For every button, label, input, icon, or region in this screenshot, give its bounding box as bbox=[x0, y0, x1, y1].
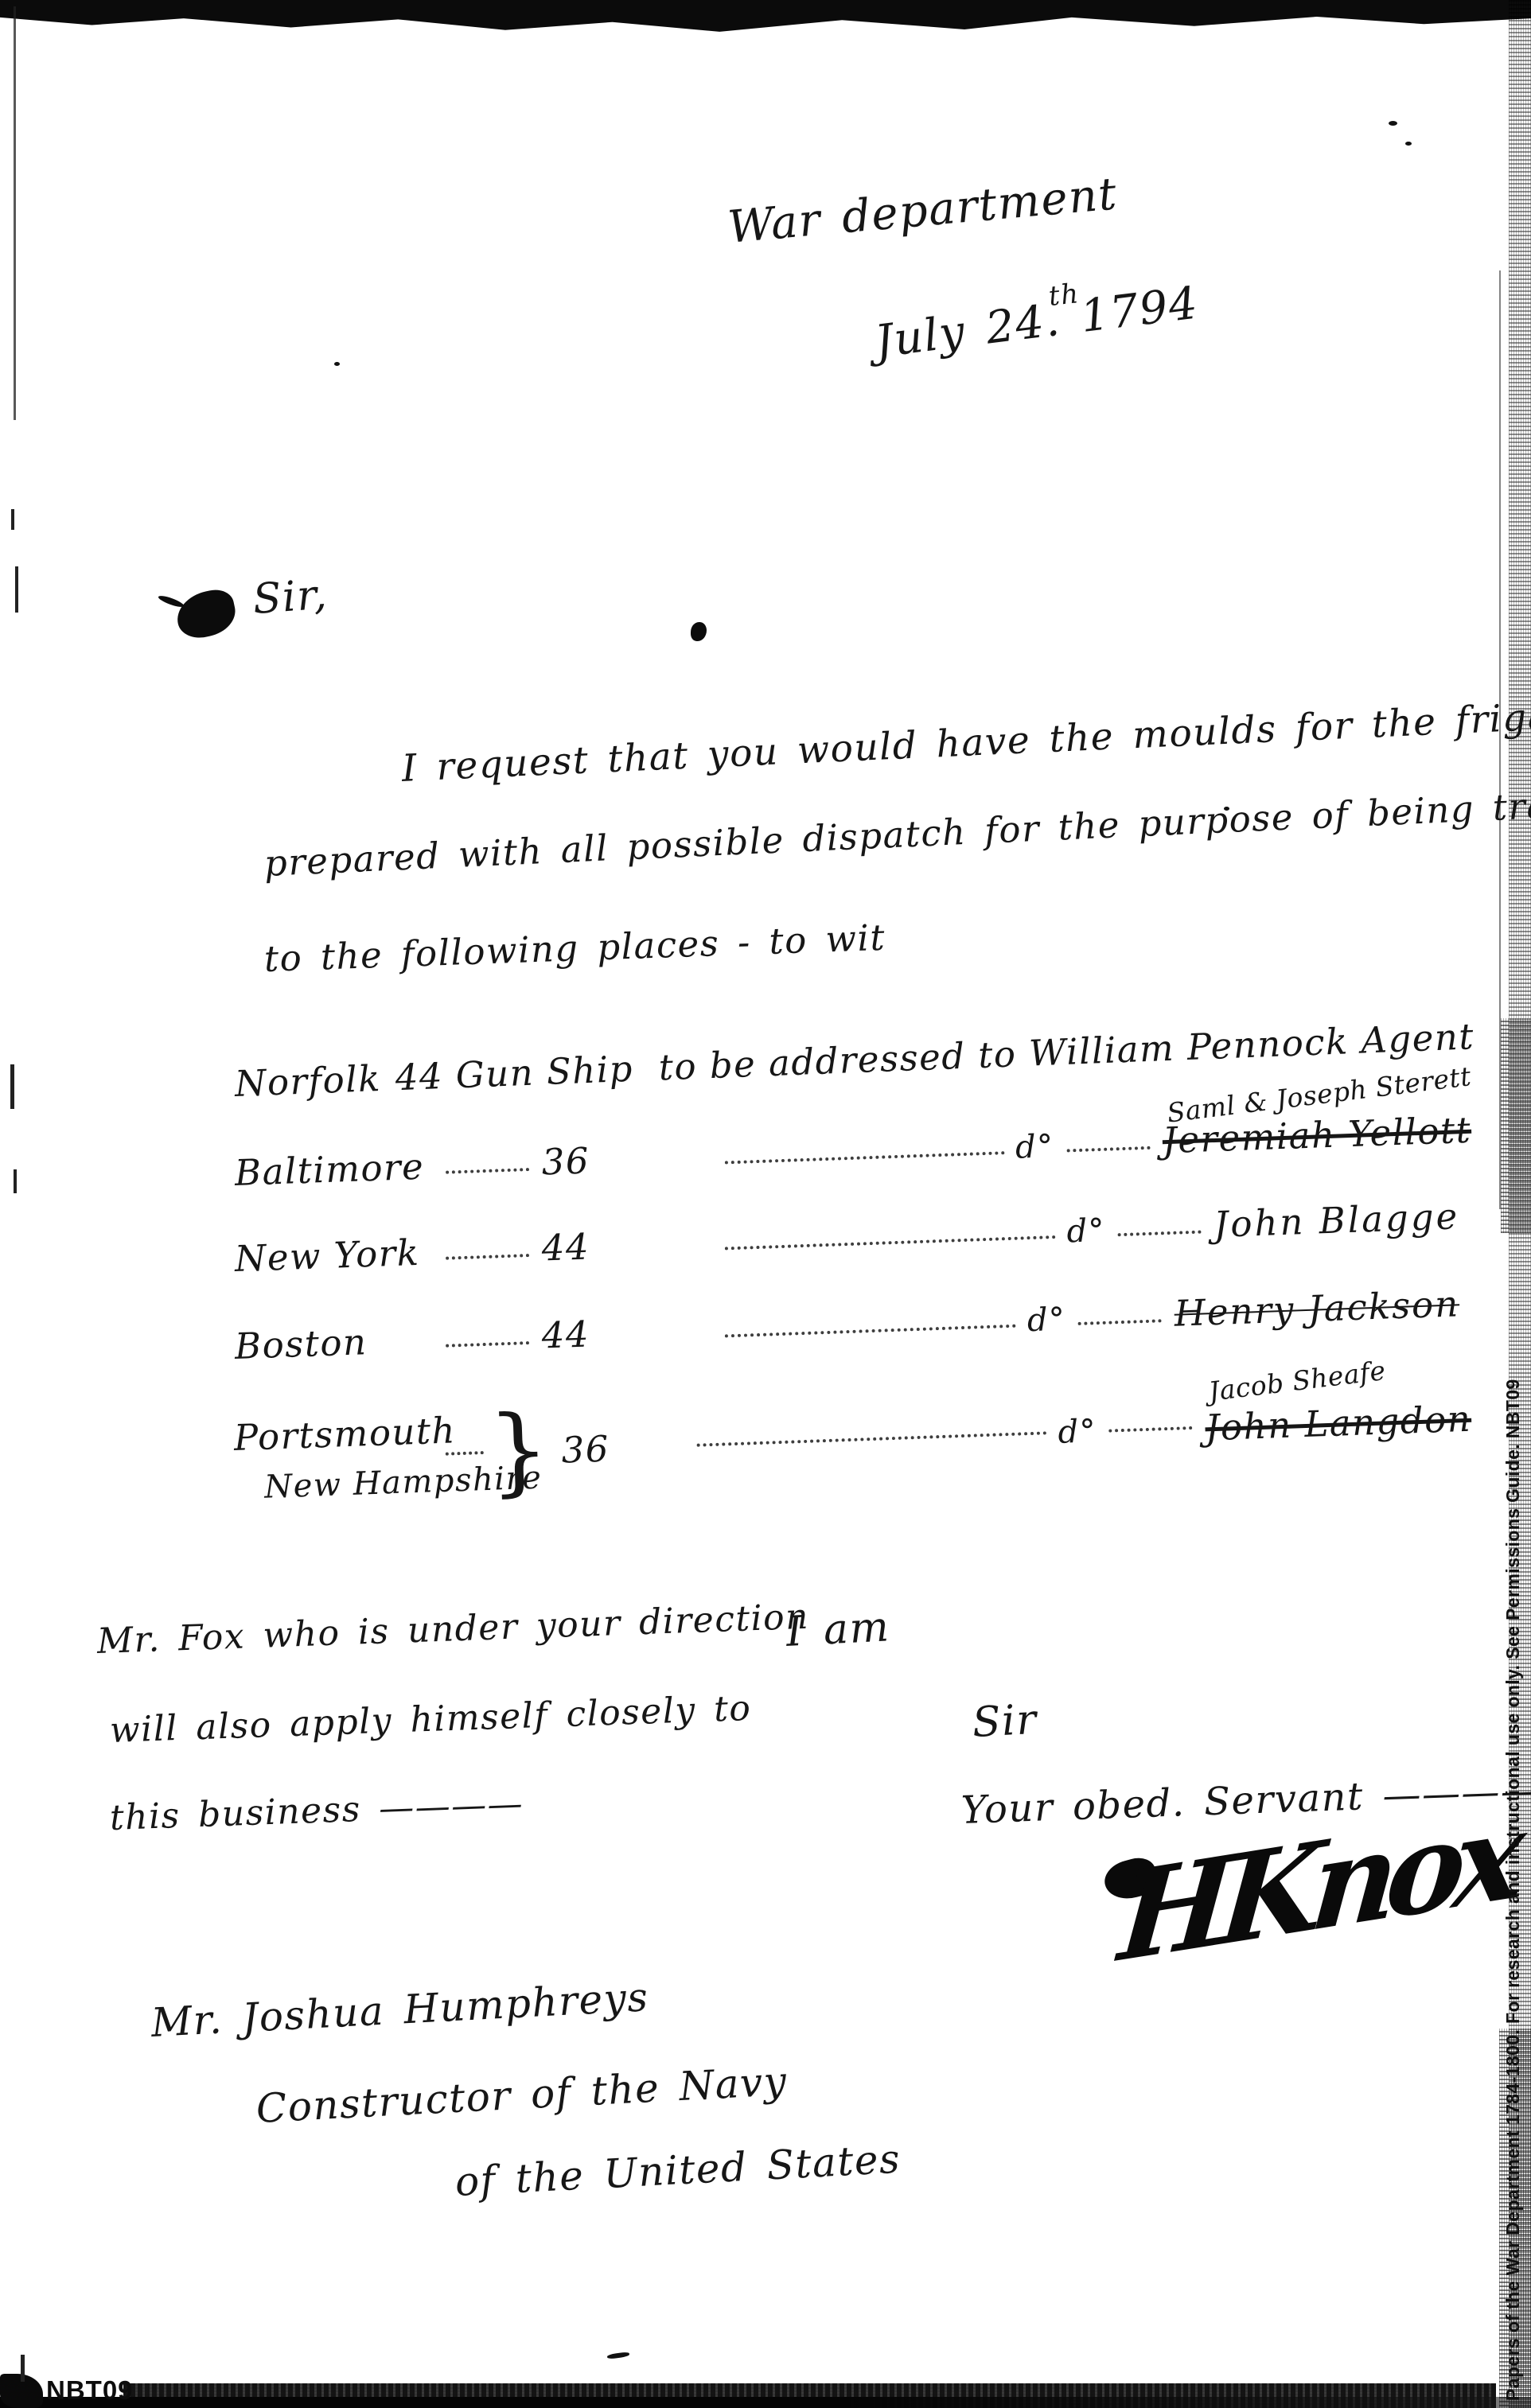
recipient-line: of the United States bbox=[454, 2134, 902, 2208]
postscript-line: Mr. Fox who is under your direction bbox=[96, 1595, 810, 1663]
dotted-leader bbox=[446, 1341, 529, 1348]
ink-blot bbox=[173, 586, 240, 642]
ink-speck bbox=[1389, 121, 1397, 126]
ditto-mark: d° bbox=[1015, 1128, 1067, 1166]
body-line: to the following places - to wit bbox=[263, 916, 886, 982]
addressee-stack: John Langdon Jacob Sheafe bbox=[1205, 1397, 1472, 1449]
place-stack: Portsmouth New Hampshire bbox=[233, 1409, 447, 1506]
scan-edge-top-band bbox=[0, 0, 1531, 33]
assignment-place: Norfolk bbox=[234, 1057, 382, 1105]
archive-id-label: NBT09 bbox=[46, 2375, 134, 2406]
ditto-mark: d° bbox=[1066, 1212, 1119, 1250]
ink-blot-tail bbox=[158, 593, 185, 609]
dotted-leader bbox=[446, 1168, 529, 1174]
scan-edge-corner-tick bbox=[21, 2355, 25, 2382]
addressee-struck: John Langdon bbox=[1205, 1397, 1472, 1449]
body-line: prepared with all possible dispatch for … bbox=[263, 776, 1531, 886]
letterhead-office: War department bbox=[726, 166, 1120, 256]
letterhead-date: July 24. 1794 bbox=[872, 275, 1202, 370]
dotted-leader bbox=[725, 1235, 1056, 1251]
salutation: Sir, bbox=[251, 570, 329, 626]
scan-edge-left-tick bbox=[10, 1064, 14, 1109]
assignment-ship: 44 bbox=[541, 1221, 726, 1270]
assignment-place-line2: New Hampshire bbox=[263, 1462, 446, 1505]
assignment-row-portsmouth: Portsmouth New Hampshire } 36 d° John La… bbox=[232, 1351, 1474, 1529]
assignment-addressee: Henry Jackson bbox=[1174, 1282, 1460, 1334]
assignment-ship: 44 bbox=[541, 1309, 726, 1357]
closing-line: I am bbox=[785, 1601, 891, 1659]
assignment-row-baltimore: Baltimore 36 d° Jeremiah Yellott Saml & … bbox=[234, 1109, 1472, 1194]
closing-line: Sir bbox=[971, 1694, 1038, 1749]
assignment-ship: 44 Gun Ship bbox=[395, 1048, 634, 1099]
dotted-leader bbox=[1118, 1231, 1202, 1237]
dotted-leader bbox=[725, 1151, 1004, 1164]
body-line: I request that you would have the moulds… bbox=[401, 691, 1531, 793]
addressee-replacement: Jacob Sheafe bbox=[1207, 1354, 1388, 1406]
assignment-place: Boston bbox=[234, 1318, 446, 1367]
dotted-leader bbox=[446, 1451, 484, 1456]
dotted-leader bbox=[1066, 1146, 1150, 1153]
addressee-stack: Jeremiah Yellott Saml & Joseph Sterett bbox=[1162, 1109, 1472, 1162]
dotted-leader bbox=[725, 1325, 1016, 1338]
scan-edge-bottom-strip bbox=[0, 2397, 1531, 2408]
brace-glyph: } bbox=[487, 1412, 551, 1491]
assignment-place: Baltimore bbox=[234, 1145, 446, 1194]
postscript-line: will also apply himself closely to bbox=[109, 1686, 752, 1753]
ditto-mark: d° bbox=[1058, 1413, 1110, 1451]
assignment-ship: 36 bbox=[561, 1424, 698, 1471]
dotted-leader bbox=[696, 1431, 1046, 1446]
assignment-addressee: John Blagge bbox=[1213, 1195, 1460, 1246]
scan-edge-left-tick bbox=[15, 566, 18, 613]
ink-speck bbox=[1405, 142, 1412, 146]
assignment-ship: 36 bbox=[541, 1135, 726, 1184]
assignment-place: New York bbox=[234, 1231, 446, 1280]
dotted-leader bbox=[446, 1254, 529, 1260]
recipient-line: Constructor of the Navy bbox=[255, 2056, 789, 2134]
assignment-row-boston: Boston 44 d° Henry Jackson bbox=[234, 1282, 1460, 1367]
ditto-mark: d° bbox=[1027, 1301, 1079, 1339]
ink-speck bbox=[607, 2352, 630, 2359]
recipient-line: Mr. Joshua Humphreys bbox=[150, 1972, 650, 2048]
scan-edge-left-tick bbox=[11, 509, 14, 530]
ink-blot-small bbox=[691, 622, 707, 641]
scan-edge-left-tick bbox=[14, 1169, 17, 1193]
scanned-letter-page: War department th July 24. 1794 Sir, I r… bbox=[0, 0, 1531, 2408]
assignment-row-newyork: New York 44 d° John Blagge bbox=[234, 1195, 1460, 1280]
scan-edge-left-line bbox=[14, 6, 16, 420]
ink-speck bbox=[334, 362, 340, 366]
postscript-line: this business ———— bbox=[109, 1782, 524, 1840]
dotted-leader bbox=[1078, 1319, 1162, 1325]
dotted-leader bbox=[1108, 1426, 1192, 1433]
archive-sidebar-caption: Papers of the War Department 1784-1800. … bbox=[1502, 1287, 1525, 2401]
scan-edge-right-blob bbox=[1501, 1018, 1531, 1233]
assignment-place: Portsmouth bbox=[233, 1409, 446, 1458]
